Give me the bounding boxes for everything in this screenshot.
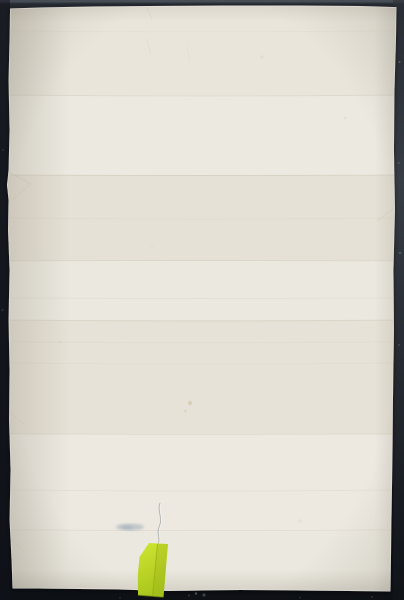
surface-speckle [119, 597, 121, 599]
surface-speckle [399, 61, 401, 63]
fold-line [10, 298, 394, 299]
surface-top-edge [0, 0, 404, 3]
fold-line [10, 342, 394, 343]
surface-speckle [399, 252, 401, 254]
surface-speckle [2, 149, 4, 151]
fold-line [10, 261, 394, 262]
paper-stain [260, 55, 264, 59]
photo-of-poster-back [0, 0, 404, 600]
paper-stain [188, 401, 192, 405]
surface-speckle [299, 596, 301, 598]
ink-smudge-core [121, 526, 133, 530]
paper-stain [151, 245, 153, 247]
surface-speckle [188, 595, 190, 597]
surface-speckle [371, 596, 373, 598]
surface-right-strip [393, 0, 404, 600]
photo-canvas [0, 0, 404, 600]
surface-speckle [195, 592, 197, 594]
paper-shading [8, 6, 398, 592]
paper-stain [184, 410, 187, 413]
surface-speckle [397, 162, 400, 165]
fold-line [10, 175, 394, 176]
surface-speckle [1, 309, 4, 312]
surface-speckle [398, 344, 400, 346]
paper-stain [298, 519, 302, 523]
surface-top-edge-shadow [0, 3, 404, 5]
paper-stain [59, 341, 62, 344]
fold-line [10, 434, 394, 435]
surface-left-strip [0, 0, 10, 600]
surface-speckle [202, 593, 205, 596]
fold-line [10, 530, 394, 531]
paper-stain [344, 117, 347, 120]
ink-smudge [116, 524, 144, 531]
